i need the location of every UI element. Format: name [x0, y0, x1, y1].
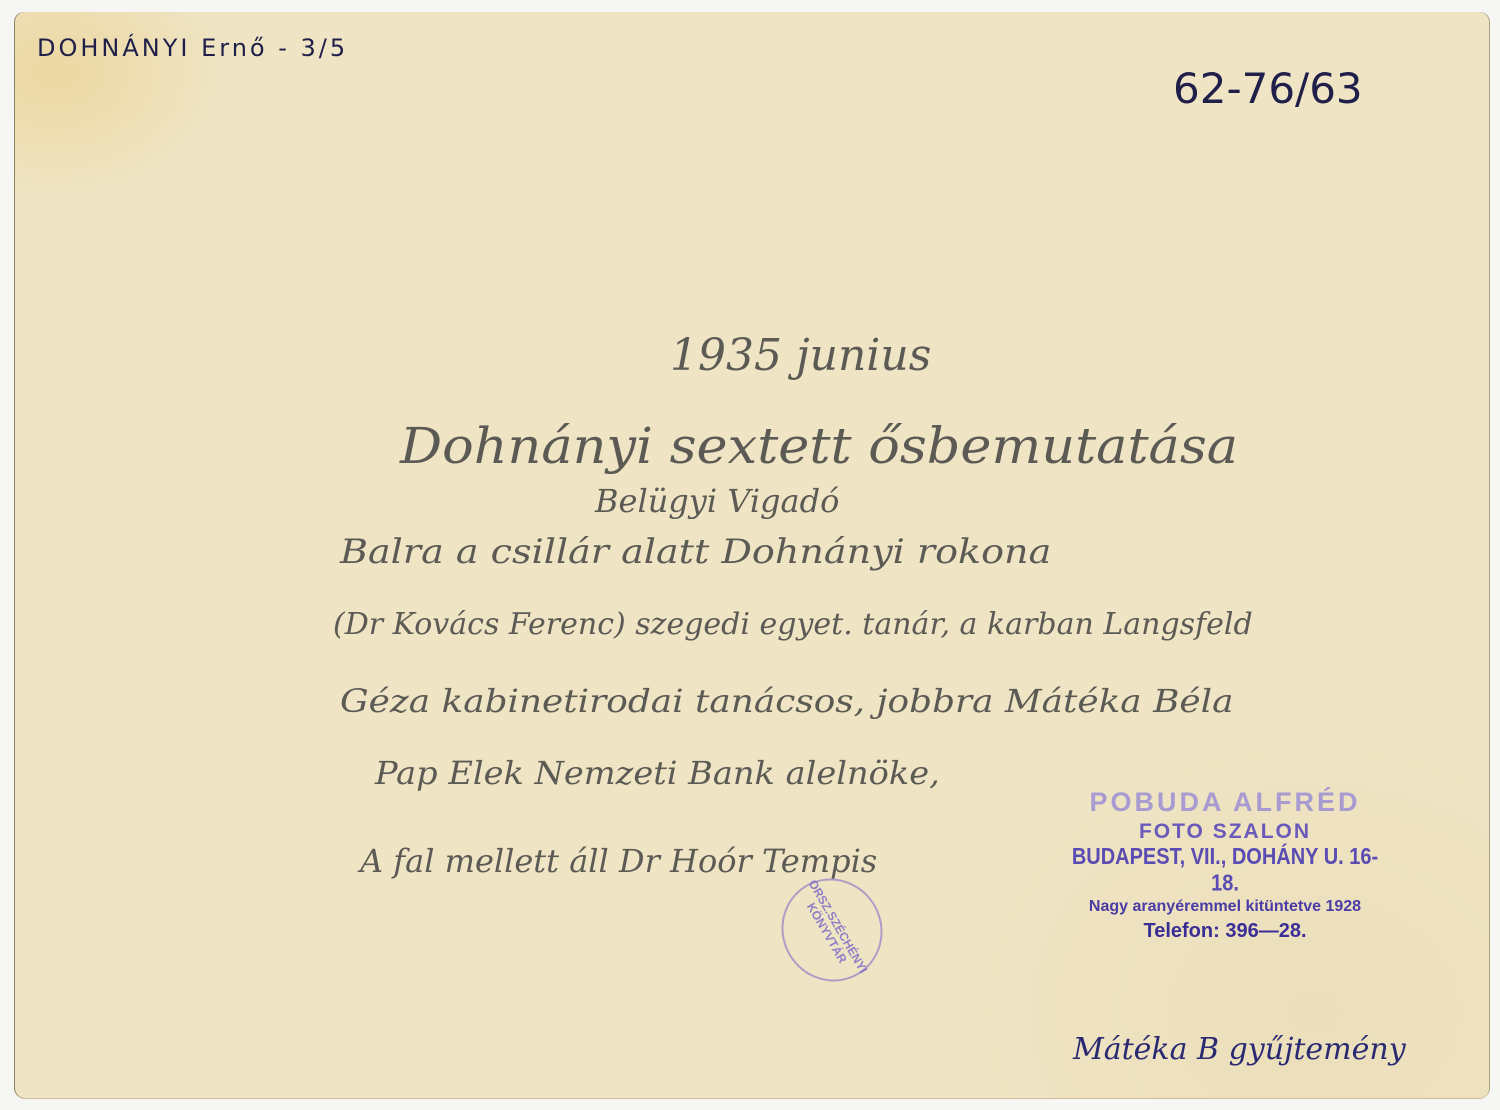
library-seal-stamp: ORSZ.SZÉCHÉNYI KÖNYVTÁR	[763, 860, 902, 1000]
caption-line-4: Pap Elek Nemzeti Bank alelnöke,	[375, 754, 940, 792]
photo-back-card: DOHNÁNYI Ernő - 3/5 62-76/63 1935 junius…	[15, 12, 1489, 1098]
caption-line-1: Balra a csillár alatt Dohnányi rokona	[340, 532, 1051, 572]
date-line: 1935 junius	[670, 330, 931, 381]
venue-line: Belügyi Vigadó	[595, 482, 839, 520]
stamp-phone: Telefon: 396—28.	[1065, 920, 1385, 943]
caption-line-5: A fal mellett áll Dr Hoór Tempis	[360, 842, 877, 880]
inventory-number: 62-76/63	[1173, 64, 1363, 113]
collection-note: Mátéka B gyűjtemény	[1073, 1032, 1406, 1067]
stamp-address: BUDAPEST, VII., DOHÁNY U. 16-18.	[1065, 845, 1385, 898]
stamp-studio-type: FOTO SZALON	[1065, 820, 1385, 844]
studio-stamp: POBUDA ALFRÉD FOTO SZALON BUDAPEST, VII.…	[1065, 787, 1385, 943]
top-left-label: DOHNÁNYI Ernő - 3/5	[37, 34, 348, 62]
stamp-studio-name: POBUDA ALFRÉD	[1065, 787, 1385, 818]
caption-line-3: Géza kabinetirodai tanácsos, jobbra Máté…	[340, 682, 1233, 720]
caption-line-2: (Dr Kovács Ferenc) szegedi egyet. tanár,…	[333, 607, 1253, 642]
stamp-award: Nagy aranyéremmel kitüntetve 1928	[1065, 898, 1385, 916]
title-line: Dohnányi sextett ősbemutatása	[400, 417, 1238, 475]
